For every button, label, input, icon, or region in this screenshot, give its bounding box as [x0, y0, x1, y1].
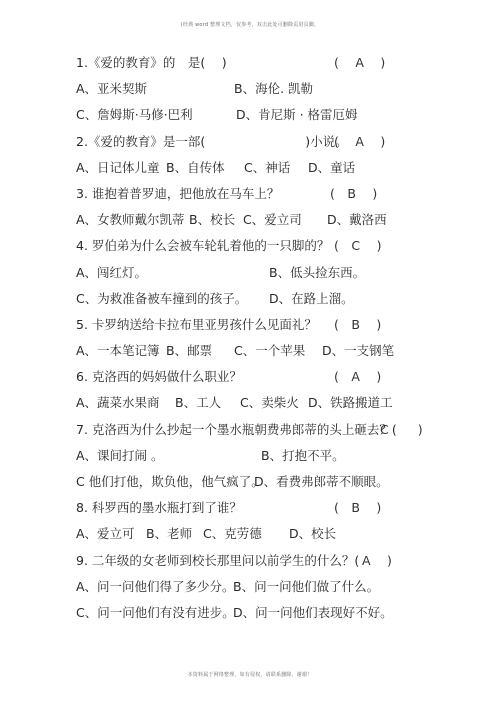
options-row: C、为救准备被车撞到的孩子。D、在路上溜。 — [76, 288, 436, 314]
option-text: D、童话 — [308, 157, 355, 179]
question-text: 3. 谁抱着普罗迪，把他放在马车上？ — [76, 186, 279, 201]
options-row: C、詹姆斯·马修·巴利D、肯尼斯 · 格雷厄姆 — [76, 104, 436, 130]
option-text: B、海伦. 凯勒 — [234, 78, 313, 100]
question-text: 1.《爱的教育》的 是( ) — [76, 55, 227, 70]
option-text: C、问一问他们有没有进步。 — [76, 602, 235, 624]
answer-mark: C ) — [380, 419, 423, 441]
option-text: D、肯尼斯 · 格雷厄姆 — [236, 104, 358, 126]
option-text: C、克劳德 — [203, 523, 262, 545]
options-row: A、爱立可B、老师C、克劳德D、校长 — [76, 523, 436, 549]
option-text: D、戴洛西 — [327, 209, 387, 231]
option-text: A、课间打闹 。 — [76, 445, 164, 467]
question-text: 4. 罗伯弟为什么会被车轮轧着他的一只脚的？ — [76, 238, 329, 253]
question-text: 5. 卡罗纳送给卡拉布里亚男孩什么见面礼？ — [76, 317, 317, 332]
options-row: A、一本笔记簿B、邮票C、一个苹果D、一支钢笔 — [76, 340, 436, 366]
option-text: A、问一问他们得了多少分。 — [76, 576, 235, 598]
question-text: 2.《爱的教育》是一部( )小说。 — [76, 134, 348, 149]
options-row: A、女教师戴尔凯蒂B、校长C、爱立司D、戴洛西 — [76, 209, 436, 235]
answer-mark: ( A ) — [334, 52, 385, 74]
options-row: A、亚米契斯B、海伦. 凯勒 — [76, 78, 436, 104]
options-row: A、课间打闹 。B、打抱不平。 — [76, 445, 436, 471]
option-text: A、闯红灯。 — [76, 262, 147, 284]
question-line: 6. 克洛西的妈妈做什么职业？( A ) — [76, 366, 436, 392]
option-text: C、爱立司 — [243, 209, 302, 231]
quiz-content: 1.《爱的教育》的 是( )( A )A、亚米契斯B、海伦. 凯勒C、詹姆斯·马… — [76, 52, 436, 628]
option-text: A、亚米契斯 — [76, 78, 147, 100]
answer-mark: ( A ) — [334, 366, 381, 388]
option-text: A、蔬菜水果商 — [76, 392, 160, 414]
option-text: A、一本笔记簿 — [76, 340, 160, 362]
option-text: B、自传体 — [166, 157, 225, 179]
option-text: D、在路上溜。 — [269, 288, 354, 310]
page-footer-note: 本资料属于网络整理，如有侵权，请联系删除，谢谢！ — [0, 671, 500, 678]
option-text: B、校长 — [189, 209, 235, 231]
option-text: C 他们打他，欺负他，他气疯了。 — [76, 471, 264, 493]
option-text: D、一支钢笔 — [322, 340, 394, 362]
question-line: 8. 科罗西的墨水瓶打到了谁？( B ) — [76, 497, 436, 523]
options-row: A、日记体儿童B、自传体C、神话D、童话 — [76, 157, 436, 183]
question-line: 1.《爱的教育》的 是( )( A ) — [76, 52, 436, 78]
page-header-note: (经典 word 整理文档，仅参考，双击此处可删除页眉页脚。 — [0, 21, 500, 28]
answer-mark: ( A ) — [334, 131, 385, 153]
option-text: B、工人 — [175, 392, 221, 414]
question-line: 4. 罗伯弟为什么会被车轮轧着他的一只脚的？( C ) — [76, 235, 436, 261]
option-text: C、卖柴火 — [240, 392, 299, 414]
option-text: B、低头捡东西。 — [269, 262, 365, 284]
question-line: 5. 卡罗纳送给卡拉布里亚男孩什么见面礼？( B ) — [76, 314, 436, 340]
question-text: 8. 科罗西的墨水瓶打到了谁？ — [76, 500, 242, 515]
option-text: A、爱立可 — [76, 523, 135, 545]
option-text: C、为救准备被车撞到的孩子。 — [76, 288, 247, 310]
option-text: B、打抱不平。 — [261, 445, 345, 467]
option-text: A、日记体儿童 — [76, 157, 160, 179]
option-text: D、铁路搬道工 — [308, 392, 393, 414]
question-line: 9. 二年级的女老师到校长那里问以前学生的什么？(A ) — [76, 550, 436, 576]
options-row: C、问一问他们有没有进步。D、问一问他们表现好不好。 — [76, 602, 436, 628]
question-line: 2.《爱的教育》是一部( )小说。( A ) — [76, 131, 436, 157]
option-text: D、看费弗郎蒂不顺眼。 — [254, 471, 389, 493]
options-row: C 他们打他，欺负他，他气疯了。D、看费弗郎蒂不顺眼。 — [76, 471, 436, 497]
option-text: A、女教师戴尔凯蒂 — [76, 209, 185, 231]
option-text: B、老师 — [146, 523, 192, 545]
option-text: C、一个苹果 — [234, 340, 305, 362]
options-row: A、蔬菜水果商B、工人C、卖柴火D、铁路搬道工 — [76, 392, 436, 418]
option-text: C、詹姆斯·马修·巴利 — [76, 104, 193, 126]
options-row: A、闯红灯。B、低头捡东西。 — [76, 262, 436, 288]
option-text: D、校长 — [289, 523, 336, 545]
option-text: B、邮票 — [166, 340, 212, 362]
question-text: 6. 克洛西的妈妈做什么职业？ — [76, 369, 242, 384]
question-text: 9. 二年级的女老师到校长那里问以前学生的什么？( — [76, 553, 359, 568]
question-line: 3. 谁抱着普罗迪，把他放在马车上？( B ) — [76, 183, 436, 209]
answer-mark: ( C ) — [334, 235, 381, 257]
question-line: 7. 克洛西为什么抄起一个墨水瓶朝费弗郎蒂的头上砸去？(C ) — [76, 419, 436, 445]
answer-mark: ( B ) — [330, 183, 377, 205]
option-text: D、问一问他们表现好不好。 — [233, 602, 393, 624]
answer-mark: ( B ) — [334, 497, 381, 519]
options-row: A、问一问他们得了多少分。B、问一问他们做了什么。 — [76, 576, 436, 602]
answer-mark: ( B ) — [334, 314, 381, 336]
question-text: 7. 克洛西为什么抄起一个墨水瓶朝费弗郎蒂的头上砸去？( — [76, 422, 397, 437]
answer-mark: A ) — [362, 550, 392, 572]
option-text: C、神话 — [244, 157, 290, 179]
option-text: B、问一问他们做了什么。 — [233, 576, 379, 598]
